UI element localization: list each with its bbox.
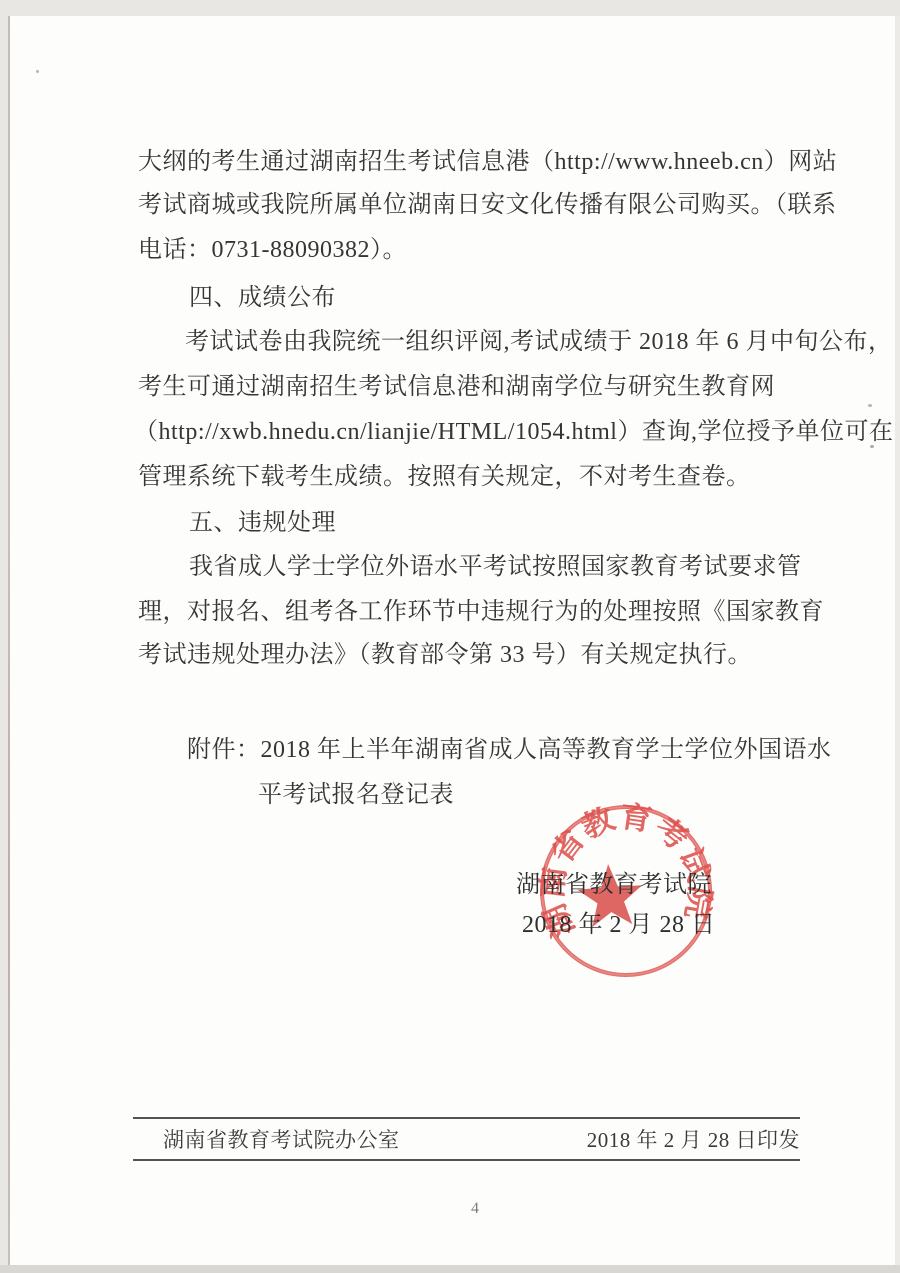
body-line: 考生可通过湖南招生考试信息港和湖南学位与研究生教育网 [138, 370, 775, 404]
section-heading: 四、成绩公布 [189, 281, 336, 315]
body-line: 管理系统下载考生成绩。按照有关规定，不对考生查卷。 [138, 460, 751, 494]
attachment-line: 平考试报名登记表 [258, 778, 454, 812]
scan-edge-right [895, 16, 900, 1265]
scan-speck [36, 70, 39, 73]
scan-edge-left [8, 16, 10, 1265]
body-line: 我省成人学士学位外语水平考试按照国家教育考试要求管 [189, 550, 802, 584]
body-line: 考试商城或我院所属单位湖南日安文化传播有限公司购买。（联系 [138, 188, 837, 222]
issue-date: 2018 年 2 月 28 日 [522, 908, 716, 942]
body-line: 大纲的考生通过湖南招生考试信息港（http://www.hneeb.cn）网站 [138, 145, 837, 179]
page-number: 4 [440, 1200, 510, 1218]
scan-edge-bottom [0, 1265, 900, 1273]
body-line: 理，对报名、组考各工作环节中违规行为的处理按照《国家教育 [138, 595, 824, 629]
body-line: 考试违规处理办法》（教育部令第 33 号）有关规定执行。 [138, 638, 752, 672]
attachment-line: 附件：2018 年上半年湖南省成人高等教育学士学位外国语水 [187, 733, 832, 767]
body-line: （http://xwb.hnedu.cn/lianjie/HTML/1054.h… [134, 415, 893, 449]
issuer-name: 湖南省教育考试院 [516, 868, 712, 902]
footer-office: 湖南省教育考试院办公室 [163, 1125, 400, 1155]
section-heading: 五、违规处理 [189, 506, 336, 540]
scanned-document-page: { "document": { "lines": [ "大纲的考生通过湖南招生考… [0, 0, 900, 1273]
footer-rule-bottom [133, 1159, 800, 1161]
footer-rule-top [133, 1117, 800, 1119]
body-line: 考试试卷由我院统一组织评阅,考试成绩于 2018 年 6 月中旬公布， [185, 325, 893, 359]
scan-speck [868, 404, 872, 407]
footer-print-date: 2018 年 2 月 28 日印发 [560, 1125, 800, 1155]
body-line: 电话：0731-88090382）。 [138, 233, 407, 267]
